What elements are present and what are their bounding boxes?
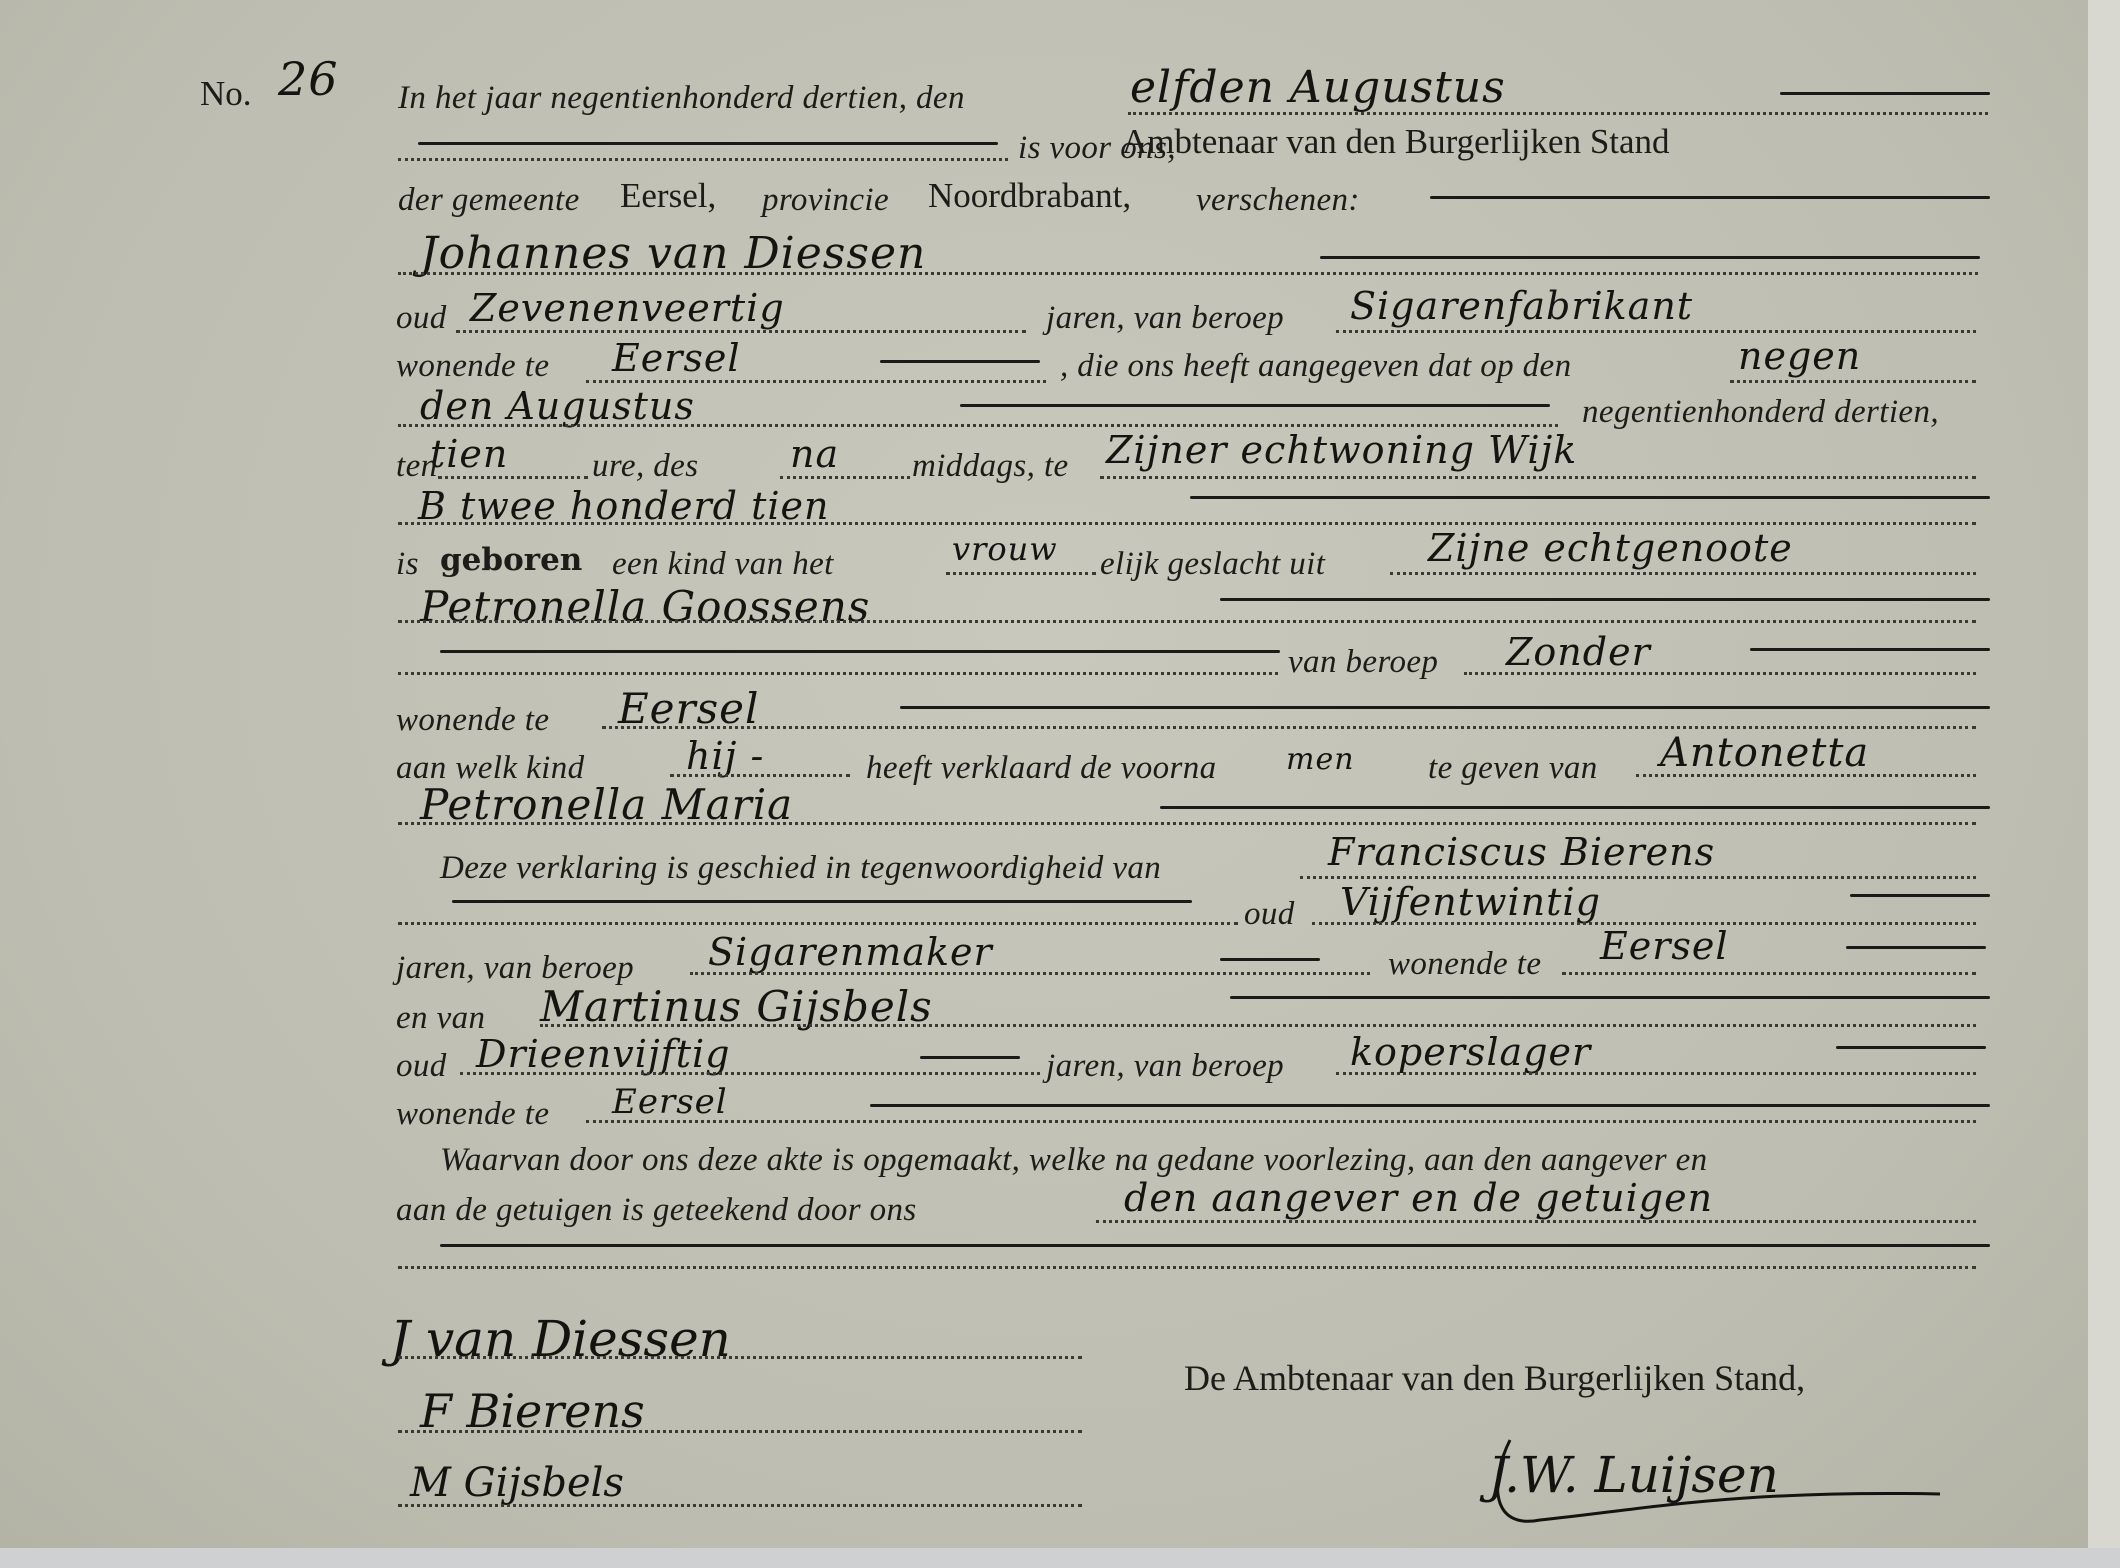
line10-b: een kind van het bbox=[612, 544, 834, 584]
fill-line bbox=[456, 330, 1026, 333]
line21-printed: wonende te bbox=[396, 1094, 549, 1134]
line16-printed: Deze verklaring is geschied in tegenwoor… bbox=[440, 848, 1161, 888]
record-number-label: No. bbox=[200, 74, 252, 114]
fill-line bbox=[602, 726, 1976, 729]
filler-rule bbox=[1846, 946, 1986, 949]
fill-line bbox=[586, 380, 1046, 383]
line12-printed: van beroep bbox=[1288, 642, 1438, 682]
filler-rule bbox=[1836, 1046, 1986, 1049]
closing-text-2: aan de getuigen is geteekend door ons bbox=[396, 1190, 917, 1230]
fill-line bbox=[398, 1266, 1976, 1269]
fill-line bbox=[1100, 476, 1976, 479]
filler-rule bbox=[440, 650, 1280, 653]
line10-c: elijk geslacht uit bbox=[1100, 544, 1325, 584]
line8-c: middags, te bbox=[912, 446, 1069, 486]
birth-place: Zijner echtwoning Wijk bbox=[1106, 428, 1577, 472]
fill-line bbox=[460, 1072, 1040, 1075]
filler-rule bbox=[1190, 496, 1990, 499]
line7-printed: negentienhonderd dertien, bbox=[1582, 392, 1939, 432]
witness1-occupation: Sigarenmaker bbox=[708, 930, 993, 974]
line1-date: elfden Augustus bbox=[1130, 62, 1506, 113]
line6-a: wonende te bbox=[396, 346, 549, 386]
birth-ampm: na bbox=[790, 432, 839, 476]
line3-a: der gemeente bbox=[398, 180, 580, 220]
filler-rule bbox=[1230, 996, 1990, 999]
line18-b: wonende te bbox=[1388, 944, 1541, 984]
line3-municipality: Eersel, bbox=[620, 176, 716, 216]
line3-e: verschenen: bbox=[1196, 180, 1360, 220]
birth-day: negen bbox=[1738, 334, 1861, 378]
fill-line bbox=[1730, 380, 1976, 383]
record-number: 26 bbox=[278, 52, 339, 106]
fill-line bbox=[1636, 774, 1976, 777]
signature-line bbox=[398, 1504, 1082, 1507]
official-label: De Ambtenaar van den Burgerlijken Stand, bbox=[1184, 1358, 1805, 1398]
filler-rule bbox=[870, 1104, 1990, 1107]
fill-line bbox=[398, 272, 1978, 275]
line5-b: jaren, van beroep bbox=[1046, 298, 1284, 338]
fill-line bbox=[1300, 876, 1976, 879]
fill-line bbox=[398, 522, 1976, 525]
mother-relation: Zijne echtgenoote bbox=[1428, 526, 1793, 570]
closing-text-1: Waarvan door ons deze akte is opgemaakt,… bbox=[440, 1140, 1708, 1180]
witness1-name: Franciscus Bierens bbox=[1328, 830, 1715, 874]
signature-flourish-icon bbox=[1480, 1420, 1960, 1540]
fill-line bbox=[398, 922, 1238, 925]
scan-edge-right bbox=[2088, 0, 2120, 1568]
fill-line bbox=[586, 1120, 1976, 1123]
signature-line bbox=[398, 1356, 1082, 1359]
line14-suffix: men bbox=[1286, 742, 1355, 777]
declarant-pronoun: hij - bbox=[686, 734, 764, 778]
father-age: Zevenenveertig bbox=[470, 286, 785, 330]
birth-hour: tien bbox=[430, 432, 508, 476]
filler-rule bbox=[1320, 256, 1980, 259]
signature-declarant: J van Diessen bbox=[390, 1310, 731, 1368]
filler-rule bbox=[960, 404, 1550, 407]
filler-rule bbox=[418, 142, 998, 145]
line20-a: oud bbox=[396, 1046, 447, 1086]
line2-printed-b: Ambtenaar van den Burgerlijken Stand bbox=[1122, 122, 1670, 162]
fill-line bbox=[946, 572, 1096, 575]
line8-b: ure, des bbox=[592, 446, 698, 486]
birth-month: den Augustus bbox=[420, 384, 695, 428]
fill-line bbox=[398, 620, 1976, 623]
line19-printed: en van bbox=[396, 998, 485, 1038]
line20-b: jaren, van beroep bbox=[1046, 1046, 1284, 1086]
line1-printed: In het jaar negentienhonderd dertien, de… bbox=[398, 78, 965, 118]
witness2-occupation: koperslager bbox=[1350, 1030, 1591, 1074]
filler-rule bbox=[452, 900, 1192, 903]
witness2-age: Drieenvijftig bbox=[476, 1032, 730, 1076]
father-occupation: Sigarenfabrikant bbox=[1350, 284, 1693, 328]
mother-name: Petronella Goossens bbox=[420, 582, 870, 631]
child-first-name: Antonetta bbox=[1660, 730, 1869, 776]
mother-occupation: Zonder bbox=[1506, 630, 1651, 674]
filler-rule bbox=[1750, 648, 1990, 651]
line14-c: te geven van bbox=[1428, 748, 1598, 788]
certificate-paper: No. 26 In het jaar negentienhonderd dert… bbox=[0, 0, 2088, 1548]
fill-line bbox=[1464, 672, 1976, 675]
signature-witness2: M Gijsbels bbox=[410, 1460, 624, 1506]
witness2-residence: Eersel bbox=[612, 1082, 728, 1122]
filler-rule bbox=[900, 706, 1990, 709]
witness1-residence: Eersel bbox=[1600, 924, 1729, 968]
filler-rule bbox=[1850, 894, 1990, 897]
fill-line bbox=[398, 424, 1558, 427]
fill-line bbox=[780, 476, 910, 479]
fill-line bbox=[1562, 972, 1976, 975]
child-sex: vrouw bbox=[952, 530, 1058, 568]
filler-rule bbox=[440, 1244, 1990, 1247]
fill-line bbox=[690, 972, 1370, 975]
fill-line bbox=[540, 1024, 1976, 1027]
filler-rule bbox=[1220, 958, 1320, 961]
fill-line bbox=[1336, 1072, 1976, 1075]
line5-a: oud bbox=[396, 298, 447, 338]
signed-by: den aangever en de getuigen bbox=[1124, 1176, 1713, 1220]
filler-rule bbox=[1220, 598, 1990, 601]
line14-b: heeft verklaard de voorna bbox=[866, 748, 1217, 788]
fill-line bbox=[1390, 572, 1976, 575]
fill-line bbox=[398, 158, 1008, 161]
fill-line bbox=[438, 476, 588, 479]
born-label: geboren bbox=[440, 540, 582, 580]
father-residence: Eersel bbox=[612, 336, 741, 380]
line3-province: Noordbrabant, bbox=[928, 176, 1131, 216]
filler-rule bbox=[880, 360, 1040, 363]
scan-edge-bottom bbox=[0, 1548, 2120, 1568]
filler-rule bbox=[1430, 196, 1990, 199]
fill-line bbox=[1336, 330, 1976, 333]
filler-rule bbox=[920, 1056, 1020, 1059]
fill-line bbox=[670, 774, 850, 777]
fill-line bbox=[398, 672, 1278, 675]
filler-rule bbox=[1160, 806, 1990, 809]
line3-c: provincie bbox=[762, 180, 889, 220]
line10-a: is bbox=[396, 544, 419, 584]
filler-rule bbox=[1780, 92, 1990, 95]
witness1-age: Vijfentwintig bbox=[1340, 880, 1601, 924]
line6-b: , die ons heeft aangegeven dat op den bbox=[1060, 346, 1572, 386]
line17-printed: oud bbox=[1244, 894, 1295, 934]
fill-line bbox=[1096, 1220, 1976, 1223]
line13-printed: wonende te bbox=[396, 700, 549, 740]
signature-line bbox=[398, 1430, 1082, 1433]
fill-line bbox=[398, 822, 1976, 825]
